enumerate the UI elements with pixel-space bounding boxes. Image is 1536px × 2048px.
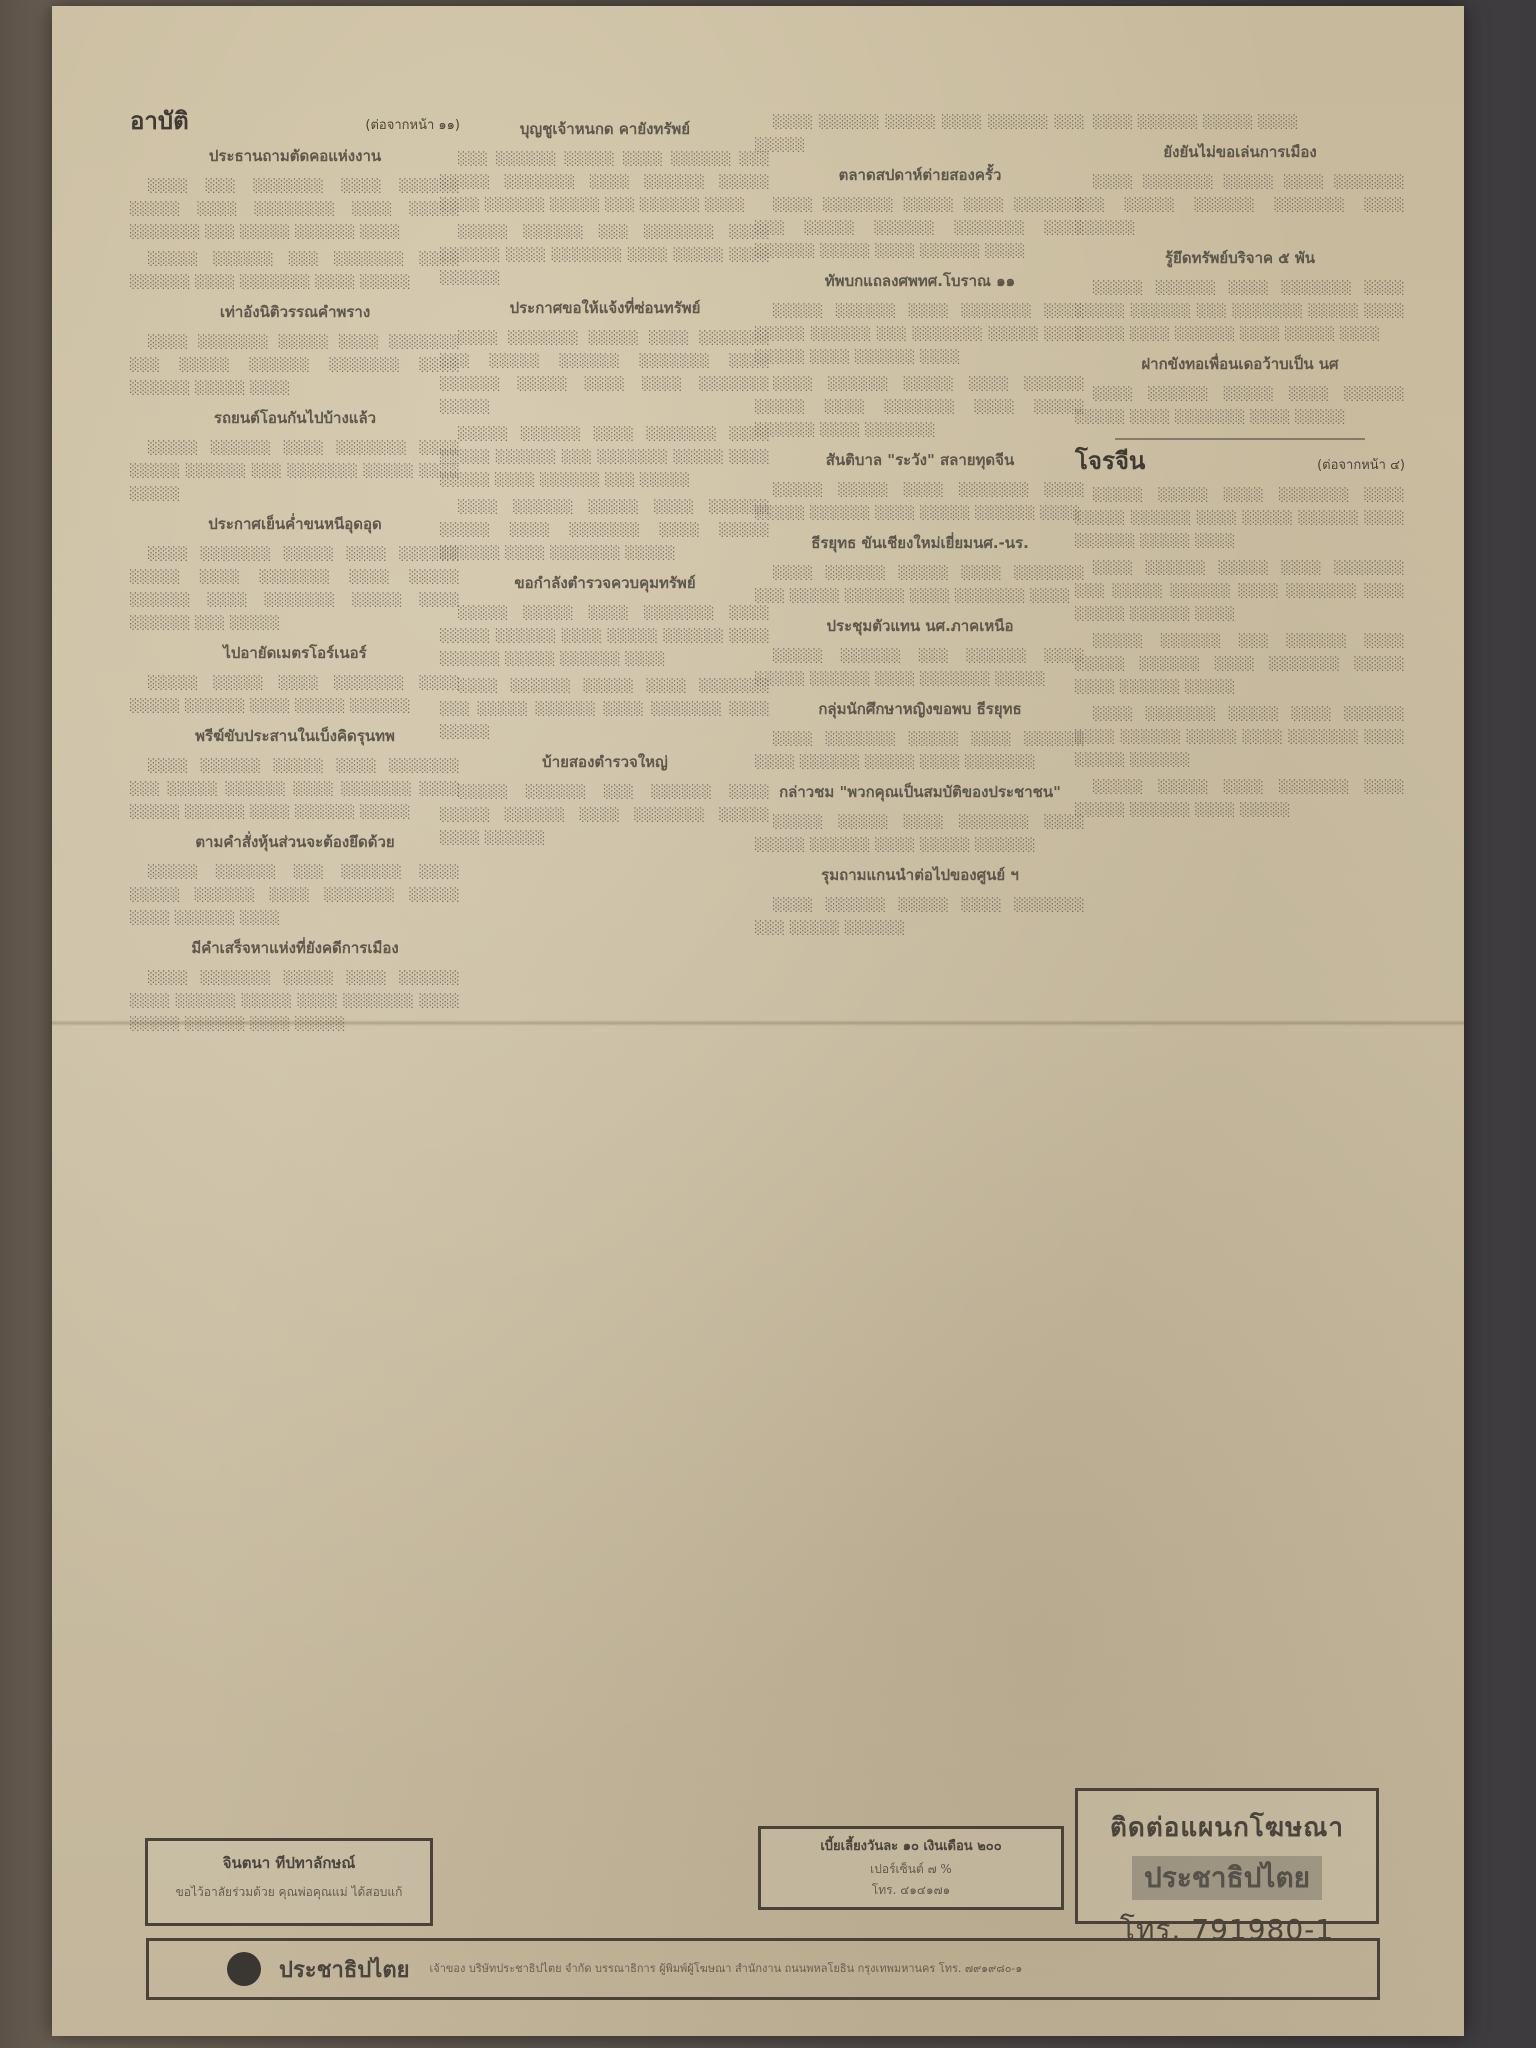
- condolence-box: จินตนา ทีปทาลักษณ์ ขอไว้อาลัยร่วมด้วย คุ…: [145, 1838, 433, 1926]
- headline: ทัพบกแถลงศพทศ.โบราณ ๑๑: [755, 270, 1085, 293]
- condolence-text: ขอไว้อาลัยร่วมด้วย คุณพ่อคุณแม่ ได้สอบแก…: [148, 1883, 430, 1902]
- section-divider: [1115, 438, 1365, 440]
- column-3: ░░░░ ░░░░░░ ░░░░░ ░░░░ ░░░░░░ ░░░ ░░░░░ …: [755, 110, 1085, 943]
- footer-imprint: ประชาธิปไตย เจ้าของ บริษัทประชาธิปไตย จำ…: [146, 1938, 1380, 2000]
- headline: ประกาศขอให้แจ้งที่ซ่อนทรัพย์: [440, 297, 770, 320]
- condolence-title: จินตนา ทีปทาลักษณ์: [148, 1851, 430, 1875]
- headline: ธีรยุทธ ขันเชียงใหม่เยี่ยมนศ.-นร.: [755, 532, 1085, 555]
- headline: ประธานถามตัดคอแห่งงาน: [130, 145, 460, 168]
- subscription-line2: เปอร์เซ็นต์ ๗ %: [761, 1860, 1061, 1879]
- section-header: โจรจีน (ต่อจากหน้า ๔): [1075, 450, 1405, 477]
- headline: กล่าวชม "พวกคุณเป็นสมบัติของประชาชน": [755, 781, 1085, 804]
- headline: เท่าอังนิติวรรณคำพราง: [130, 301, 460, 324]
- headline: กลุ่มนักศึกษาหญิงขอพบ ธีรยุทธ: [755, 698, 1085, 721]
- advertising-box: ติดต่อแผนกโฆษณา ประชาธิปไตย โทร. 791980-…: [1075, 1788, 1379, 1924]
- headline: รุมถามแกนนำต่อไปของศูนย์ ฯ: [755, 864, 1085, 887]
- headline: ตามคำสั่งหุ้นส่วนจะต้องยึดด้วย: [130, 831, 460, 854]
- ad-title: ติดต่อแผนกโฆษณา: [1078, 1807, 1376, 1848]
- footer-info: เจ้าของ บริษัทประชาธิปไตย จำกัด บรรณาธิก…: [430, 1961, 1023, 1977]
- headline: มีคำเสร็จหาแห่งที่ยังคดีการเมือง: [130, 937, 460, 960]
- headline: ขอกำลังตำรวจควบคุมทรัพย์: [440, 572, 770, 595]
- subscription-line1: เบี้ยเลี้ยงวันละ ๑๐ เงินเดือน ๒๐๐: [761, 1835, 1061, 1856]
- headline: ฝากขังทอเพื่อนเดอว้าบเป็น นศ: [1075, 353, 1405, 376]
- footer-brand: ประชาธิปไตย: [279, 1952, 410, 1987]
- headline: พรีฆ์ขับประสานในเบ็งคิดรุนทพ: [130, 725, 460, 748]
- headline: ประชุมตัวแทน นศ.ภาคเหนือ: [755, 615, 1085, 638]
- section-title: โจรจีน: [1075, 450, 1145, 473]
- headline: รถยนต์โอนกันไปบ้างแล้ว: [130, 407, 460, 430]
- section-title: อาบัติ: [130, 110, 189, 133]
- headline: ยังยันไม่ขอเล่นการเมือง: [1075, 141, 1405, 164]
- headline: ไปอายัดเมตรโอร์เนอร์: [130, 642, 460, 665]
- continued-from: (ต่อจากหน้า ๔): [1317, 454, 1405, 477]
- column-2: บุญชูเจ้าหนกด คายังทรัพย์ ░░░ ░░░░░░ ░░░…: [440, 110, 770, 853]
- headline: ตลาดสปดาห์ต่ายสองครั้ว: [755, 164, 1085, 187]
- newspaper-logo-icon: [227, 1952, 261, 1986]
- column-4: ░░░░ ░░░░░░ ░░░░░ ░░░░ ยังยันไม่ขอเล่นกา…: [1075, 110, 1405, 825]
- headline: สันติบาล "ระวัง" สลายทุดจีน: [755, 449, 1085, 472]
- section-header: อาบัติ (ต่อจากหน้า ๑๑): [130, 110, 460, 137]
- subscription-box: เบี้ยเลี้ยงวันละ ๑๐ เงินเดือน ๒๐๐ เปอร์เ…: [758, 1826, 1064, 1910]
- subscription-line3: โทร. ๔๑๔๑๗๑: [761, 1881, 1061, 1900]
- headline: บ้ายสองตำรวจใหญ่: [440, 751, 770, 774]
- headline: รู้ยึดทรัพย์บริจาค ๕ พัน: [1075, 247, 1405, 270]
- headline: ประกาศเย็นค่ำขนหนีอุดอุด: [130, 513, 460, 536]
- headline: บุญชูเจ้าหนกด คายังทรัพย์: [440, 118, 770, 141]
- column-1: อาบัติ (ต่อจากหน้า ๑๑) ประธานถามตัดคอแห่…: [130, 110, 460, 1039]
- ad-brand-logo: ประชาธิปไตย: [1132, 1856, 1322, 1900]
